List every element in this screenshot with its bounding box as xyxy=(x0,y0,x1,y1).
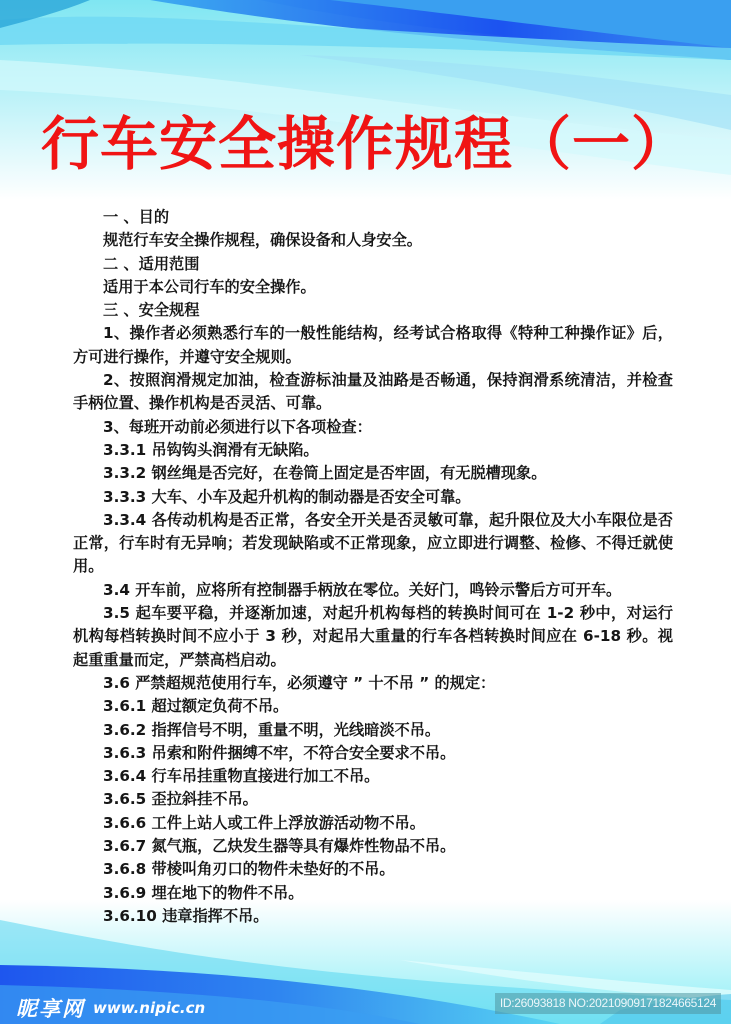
no-lift-item: 3.6.2 指挥信号不明，重量不明，光线暗淡不吊。 xyxy=(73,719,673,742)
no-lift-item: 3.6.6 工件上站人或工件上浮放游活动物不吊。 xyxy=(73,812,673,835)
rule-item-3-3-3: 3.3.3 大车、小车及起升机构的制动器是否安全可靠。 xyxy=(73,486,673,509)
no-lift-item: 3.6.7 氮气瓶，乙炔发生器等具有爆炸性物品不吊。 xyxy=(73,835,673,858)
section-heading-rules: 三 、安全规程 xyxy=(73,299,673,322)
section-text-scope: 适用于本公司行车的安全操作。 xyxy=(73,276,673,299)
rule-item-3-3-2: 3.3.2 钢丝绳是否完好，在卷筒上固定是否牢固，有无脱槽现象。 xyxy=(73,462,673,485)
image-id-badge: ID:26093818 NO:20210909171824665124 xyxy=(495,993,721,1014)
no-lift-item: 3.6.1 超过额定负荷不吊。 xyxy=(73,695,673,718)
no-lift-item: 3.6.8 带棱叫角刃口的物件未垫好的不吊。 xyxy=(73,858,673,881)
section-text-purpose: 规范行车安全操作规程，确保设备和人身安全。 xyxy=(73,229,673,252)
site-url: www.nipic.cn xyxy=(93,999,205,1017)
rule-item-3-3-4: 3.3.4 各传动机构是否正常，各安全开关是否灵敏可靠，起升限位及大小车限位是否… xyxy=(73,509,673,579)
rule-item-3: 3、每班开动前必须进行以下各项检查： xyxy=(73,416,673,439)
rule-item-3-6: 3.6 严禁超规范使用行车，必须遵守 ” 十不吊 ” 的规定： xyxy=(73,672,673,695)
site-logo-text: 昵享网 xyxy=(16,993,85,1023)
section-heading-scope: 二 、适用范围 xyxy=(73,253,673,276)
no-lift-item: 3.6.5 歪拉斜挂不吊。 xyxy=(73,788,673,811)
rule-item-1: 1、操作者必须熟悉行车的一般性能结构，经考试合格取得《特种工种操作证》后，方可进… xyxy=(73,322,673,369)
section-heading-purpose: 一 、目的 xyxy=(73,206,673,229)
watermark-logo: 昵享网 www.nipic.cn xyxy=(16,994,205,1022)
no-lift-item: 3.6.10 违章指挥不吊。 xyxy=(73,905,673,928)
no-lift-item: 3.6.4 行车吊挂重物直接进行加工不吊。 xyxy=(73,765,673,788)
document-body: 一 、目的 规范行车安全操作规程，确保设备和人身安全。 二 、适用范围 适用于本… xyxy=(73,206,673,928)
rule-item-3-3-1: 3.3.1 吊钩钩头润滑有无缺陷。 xyxy=(73,439,673,462)
no-lift-item: 3.6.3 吊索和附件捆缚不牢，不符合安全要求不吊。 xyxy=(73,742,673,765)
page-title: 行车安全操作规程（一） xyxy=(0,108,731,180)
rule-item-3-5: 3.5 起车要平稳，并逐渐加速，对起升机构每档的转换时间可在 1-2 秒中，对运… xyxy=(73,602,673,672)
no-lift-item: 3.6.9 埋在地下的物件不吊。 xyxy=(73,882,673,905)
rule-item-3-4: 3.4 开车前，应将所有控制器手柄放在零位。关好门，鸣铃示警后方可开车。 xyxy=(73,579,673,602)
rule-item-2: 2、按照润滑规定加油，检查游标油量及油路是否畅通，保持润滑系统清洁，并检查手柄位… xyxy=(73,369,673,416)
